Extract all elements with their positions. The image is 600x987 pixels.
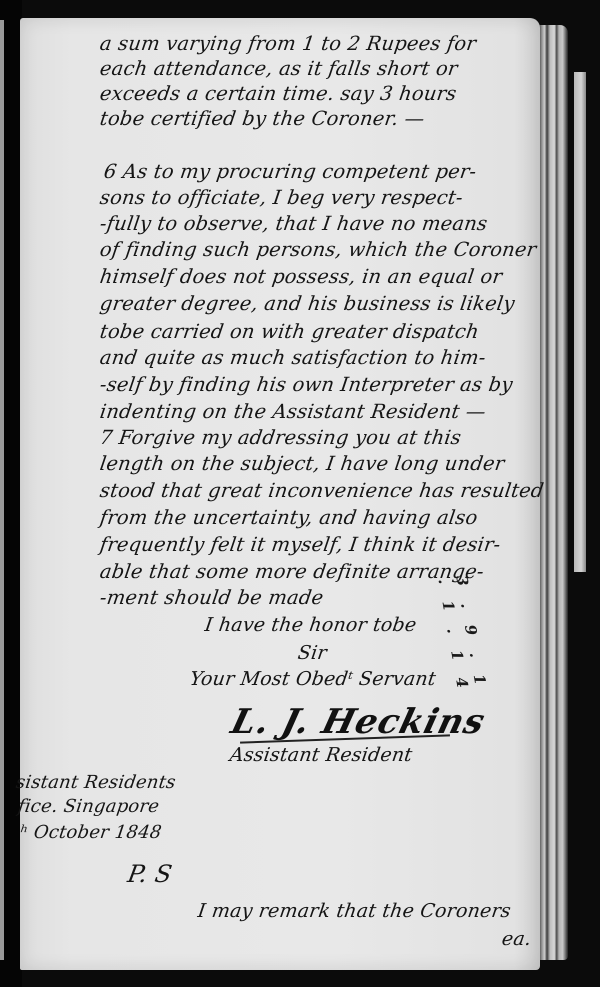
postscript-continuation: ea.	[500, 928, 532, 950]
body-line: tobe carried on with greater dispatch	[98, 320, 480, 344]
signature-title: Assistant Resident	[228, 744, 413, 766]
body-line: and quite as much satisfaction to him-	[98, 346, 487, 370]
closing-line-honor: I have the honor tobe	[203, 614, 418, 636]
body-line: -fully to observe, that I have no means	[98, 212, 489, 236]
postscript-text: I may remark that the Coroners	[196, 900, 512, 922]
address-line-date: ʰ October 1848	[19, 822, 163, 843]
body-line: able that some more definite arrange-	[98, 560, 485, 584]
body-line: of finding such persons, which the Coron…	[98, 238, 538, 262]
postscript-label: P. S	[126, 860, 175, 888]
body-line: a sum varying from 1 to 2 Rupees for	[98, 32, 477, 56]
body-line-paragraph-7: 7 Forgive my addressing you at this	[98, 426, 462, 450]
body-line: -ment should be made	[98, 586, 325, 610]
body-line: each attendance, as it falls short or	[98, 57, 459, 81]
body-line: tobe certified by the Coroner. —	[98, 107, 426, 131]
body-line: -self by finding his own Interpreter as …	[98, 373, 514, 397]
body-line: from the uncertainty, and having also	[98, 506, 479, 530]
document-viewer: a sum varying from 1 to 2 Rupees for eac…	[0, 0, 600, 987]
body-line: stood that great inconvenience has resul…	[98, 479, 545, 503]
address-line-office: sistant Residents	[15, 772, 178, 793]
body-line: sons to officiate, I beg very respect-	[98, 186, 464, 210]
signature: L. J. Heckins	[227, 702, 489, 742]
closing-line-servant: Your Most Obedᵗ Servant	[188, 668, 437, 690]
body-line: indenting on the Assistant Resident —	[98, 400, 487, 424]
binding-tab	[574, 72, 586, 572]
previous-page-edge	[0, 20, 4, 960]
body-line: length on the subject, I have long under	[98, 452, 506, 476]
body-line-paragraph-6: 6 As to my procuring competent per-	[102, 160, 478, 184]
closing-line-sir: Sir	[296, 642, 328, 664]
body-line: exceeds a certain time. say 3 hours	[98, 82, 458, 106]
body-line: greater degree, and his business is like…	[98, 292, 516, 316]
address-line-place: fice. Singapore	[17, 796, 161, 817]
body-line: himself does not possess, in an equal or	[98, 265, 503, 289]
body-line: frequently felt it myself, I think it de…	[98, 533, 502, 557]
